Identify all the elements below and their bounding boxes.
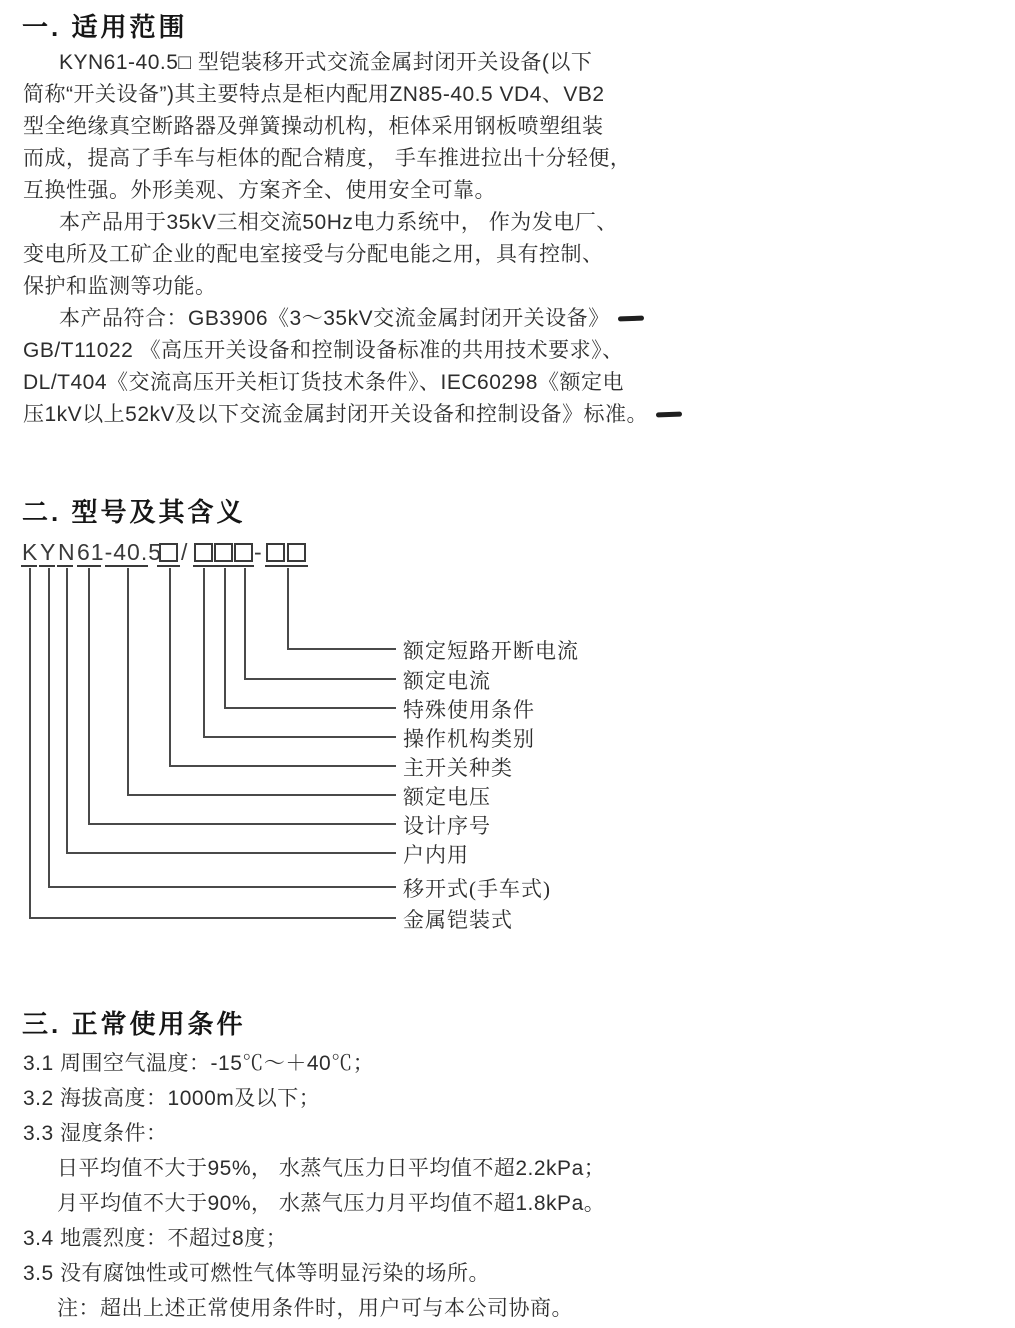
tree-vertical-line: [287, 568, 289, 650]
body-line-text: 本产品符合：GB3906《3～35kV交流金属封闭开关设备》: [59, 307, 610, 330]
condition-line: 3.4 地震烈度：不超过8度；: [23, 1221, 605, 1256]
model-underline: [39, 565, 55, 567]
model-underline: [21, 565, 37, 567]
tree-label: 额定电流: [403, 665, 491, 695]
body-line-text: GB/T11022 《高压开关设备和控制设备标准的共用技术要求》、: [23, 339, 624, 362]
tree-vertical-line: [48, 568, 50, 888]
tree-label: 额定电压: [403, 781, 491, 811]
tree-label: 金属铠装式: [403, 904, 513, 934]
body-line-text: DL/T404《交流高压开关柜订货技术条件》、IEC60298《额定电: [23, 371, 624, 394]
condition-line: 月平均值不大于90%， 水蒸气压力月平均值不超1.8kPa。: [23, 1186, 605, 1221]
model-placeholder-box: [266, 543, 285, 562]
body-line: DL/T404《交流高压开关柜订货技术条件》、IEC60298《额定电: [23, 367, 682, 399]
tree-vertical-line: [66, 568, 68, 854]
model-underline: [193, 565, 214, 567]
condition-line: 注：超出上述正常使用条件时，用户可与本公司协商。: [23, 1291, 605, 1326]
model-placeholder-box: [287, 543, 306, 562]
model-underline: [213, 565, 234, 567]
section2-heading: 二. 型号及其含义: [22, 492, 245, 529]
tree-label: 移开式(手车式): [403, 873, 551, 903]
tree-vertical-line: [244, 568, 246, 680]
body-line-text: 而成，提高了手车与柜体的配合精度， 手车推进拉出十分轻便，: [23, 147, 631, 170]
body-line: 而成，提高了手车与柜体的配合精度， 手车推进拉出十分轻便，: [23, 143, 682, 175]
tree-label: 设计序号: [403, 810, 491, 840]
model-placeholder-box: [159, 543, 178, 562]
model-underline: [77, 565, 101, 567]
section3-heading: 三. 正常使用条件: [22, 1004, 245, 1041]
tree-horizontal-line: [224, 707, 396, 709]
condition-line: 3.1 周围空气温度：-15℃～＋40℃；: [23, 1046, 605, 1081]
tree-horizontal-line: [244, 678, 396, 680]
body-line: 本产品符合：GB3906《3～35kV交流金属封闭开关设备》: [23, 303, 682, 335]
tree-label: 额定短路开断电流: [403, 635, 579, 665]
tree-vertical-line: [224, 568, 226, 709]
model-underline: [105, 565, 148, 567]
model-text-segment: -: [254, 539, 263, 566]
model-underline: [265, 565, 308, 567]
tree-horizontal-line: [29, 917, 396, 919]
tree-vertical-line: [203, 568, 205, 738]
condition-line: 3.3 湿度条件：: [23, 1116, 605, 1151]
model-text-segment: /: [181, 539, 188, 566]
tree-label: 主开关种类: [403, 752, 513, 782]
section3-conditions: 3.1 周围空气温度：-15℃～＋40℃；3.2 海拔高度：1000m及以下；3…: [23, 1046, 605, 1326]
body-line: 简称“开关设备”)其主要特点是柜内配用ZN85-40.5 VD4、VB2: [23, 79, 682, 111]
model-underline: [157, 565, 180, 567]
body-line: KYN61-40.5□ 型铠装移开式交流金属封闭开关设备(以下: [23, 47, 682, 79]
body-line-text: KYN61-40.5□ 型铠装移开式交流金属封闭开关设备(以下: [59, 51, 592, 74]
model-placeholder-box: [214, 543, 233, 562]
model-underline: [57, 565, 73, 567]
condition-line: 3.5 没有腐蚀性或可燃性气体等明显污染的场所。: [23, 1256, 605, 1291]
tree-horizontal-line: [48, 886, 396, 888]
tree-horizontal-line: [287, 648, 396, 650]
pen-mark: [618, 316, 644, 322]
model-text-segment: K: [22, 539, 38, 566]
tree-horizontal-line: [203, 736, 396, 738]
section1-heading: 一. 适用范围: [22, 7, 187, 44]
body-line: 本产品用于35kV三相交流50Hz电力系统中， 作为发电厂、: [23, 207, 682, 239]
body-line-text: 变电所及工矿企业的配电室接受与分配电能之用，具有控制、: [23, 243, 604, 266]
body-line: 互换性强。外形美观、方案齐全、使用安全可靠。: [23, 175, 682, 207]
body-line: GB/T11022 《高压开关设备和控制设备标准的共用技术要求》、: [23, 335, 682, 367]
model-placeholder-box: [234, 543, 253, 562]
body-line-text: 保护和监测等功能。: [23, 275, 217, 298]
body-line-text: 压1kV以上52kV及以下交流金属封闭开关设备和控制设备》标准。: [23, 403, 648, 426]
tree-vertical-line: [127, 568, 129, 796]
condition-line: 日平均值不大于95%， 水蒸气压力日平均值不超2.2kPa；: [23, 1151, 605, 1186]
condition-line: 3.2 海拔高度：1000m及以下；: [23, 1081, 605, 1116]
tree-vertical-line: [29, 568, 31, 919]
tree-horizontal-line: [88, 823, 396, 825]
model-placeholder-box: [194, 543, 213, 562]
section1-paragraphs: KYN61-40.5□ 型铠装移开式交流金属封闭开关设备(以下简称“开关设备”)…: [23, 47, 682, 431]
body-line: 变电所及工矿企业的配电室接受与分配电能之用，具有控制、: [23, 239, 682, 271]
model-text-segment: Y: [40, 539, 56, 566]
pen-mark: [656, 412, 682, 418]
model-text-segment: N: [58, 539, 76, 566]
body-line-text: 型全绝缘真空断路器及弹簧操动机构，柜体采用钢板喷塑组装: [23, 115, 604, 138]
body-line-text: 本产品用于35kV三相交流50Hz电力系统中， 作为发电厂、: [59, 211, 618, 234]
body-line-text: 简称“开关设备”)其主要特点是柜内配用ZN85-40.5 VD4、VB2: [23, 83, 605, 106]
body-line: 型全绝缘真空断路器及弹簧操动机构，柜体采用钢板喷塑组装: [23, 111, 682, 143]
tree-horizontal-line: [66, 852, 396, 854]
body-line-text: 互换性强。外形美观、方案齐全、使用安全可靠。: [23, 179, 496, 202]
body-line: 保护和监测等功能。: [23, 271, 682, 303]
tree-horizontal-line: [169, 765, 396, 767]
tree-label: 特殊使用条件: [403, 694, 535, 724]
tree-label: 户内用: [403, 839, 469, 869]
tree-horizontal-line: [127, 794, 396, 796]
model-text-segment: 61-40.5: [77, 539, 162, 566]
body-line: 压1kV以上52kV及以下交流金属封闭开关设备和控制设备》标准。: [23, 399, 682, 431]
document-page: 一. 适用范围 KYN61-40.5□ 型铠装移开式交流金属封闭开关设备(以下简…: [0, 0, 1015, 1328]
tree-label: 操作机构类别: [403, 723, 535, 753]
model-underline: [233, 565, 254, 567]
tree-vertical-line: [88, 568, 90, 825]
tree-vertical-line: [169, 568, 171, 767]
